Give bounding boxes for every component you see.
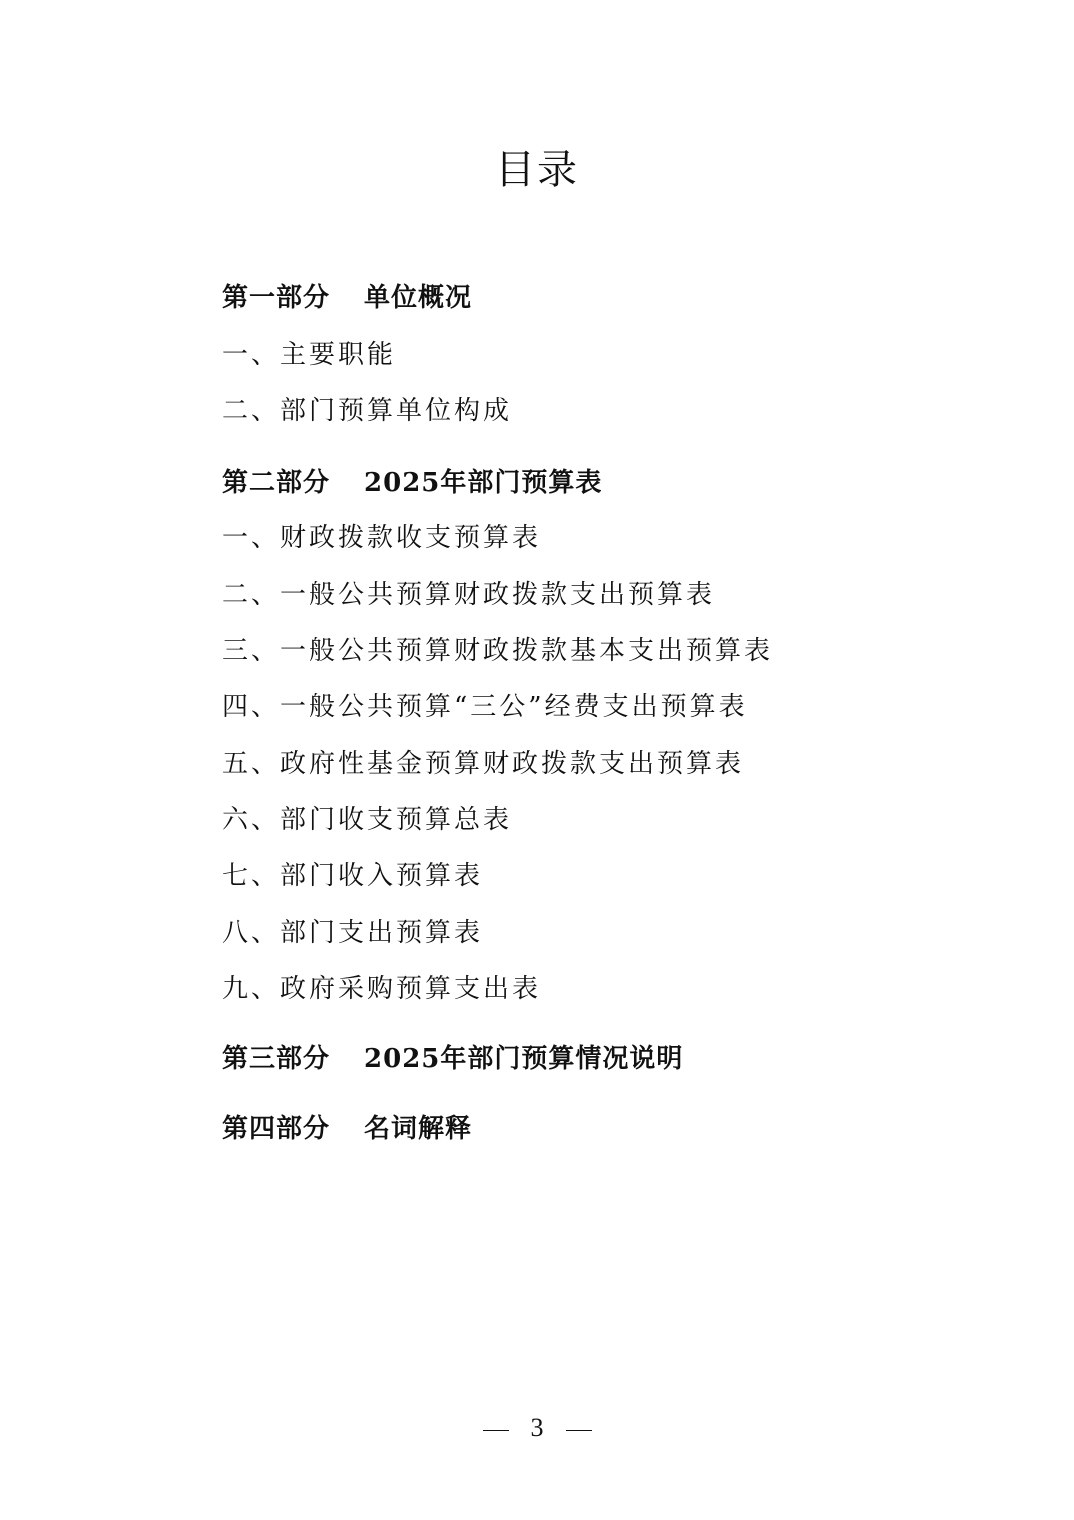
- part-label: 第三部分: [222, 1044, 330, 1074]
- toc-item: 七、部门收入预算表: [222, 858, 483, 894]
- toc-item: 四、一般公共预算“三公”经费支出预算表: [222, 689, 748, 725]
- part-title: 单位概况: [364, 283, 472, 313]
- page-footer: 3: [0, 1410, 1074, 1446]
- toc-item: 二、部门预算单位构成: [222, 393, 512, 429]
- toc-item: 一、主要职能: [222, 337, 396, 373]
- part-title: 2025年部门预算表: [364, 468, 602, 498]
- page-title: 目录: [0, 142, 1074, 198]
- part-label: 第二部分: [222, 468, 330, 498]
- toc-part-3: 第三部分2025年部门预算情况说明: [222, 1041, 683, 1077]
- footer-dash-left: [483, 1430, 509, 1431]
- toc-item: 二、一般公共预算财政拨款支出预算表: [222, 577, 715, 613]
- footer-dash-right: [566, 1430, 592, 1431]
- toc-item: 一、财政拨款收支预算表: [222, 520, 541, 556]
- part-label: 第一部分: [222, 283, 330, 313]
- toc-part-1: 第一部分单位概况: [222, 280, 472, 316]
- toc-item: 三、一般公共预算财政拨款基本支出预算表: [222, 633, 773, 669]
- page-number: 3: [531, 1413, 544, 1442]
- part-label: 第四部分: [222, 1114, 330, 1144]
- toc-part-4: 第四部分名词解释: [222, 1111, 472, 1147]
- toc-item: 六、部门收支预算总表: [222, 802, 512, 838]
- part-title: 名词解释: [364, 1114, 472, 1144]
- toc-item: 九、政府采购预算支出表: [222, 971, 541, 1007]
- toc-item: 八、部门支出预算表: [222, 915, 483, 951]
- toc-part-2: 第二部分2025年部门预算表: [222, 465, 602, 501]
- part-title: 2025年部门预算情况说明: [364, 1044, 683, 1074]
- toc-item: 五、政府性基金预算财政拨款支出预算表: [222, 746, 744, 782]
